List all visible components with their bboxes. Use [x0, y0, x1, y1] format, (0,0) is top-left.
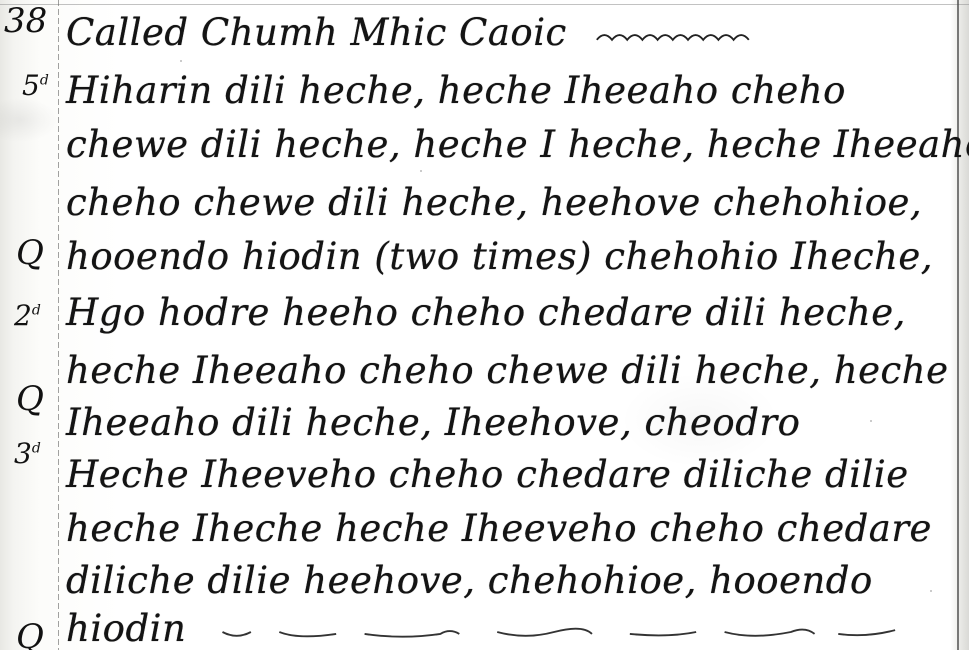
query-mark: Q [16, 382, 44, 416]
line-text: Hiharin dili heche, heche Iheeaho cheho [66, 69, 846, 112]
margin-note-variation-2: 2d [14, 302, 41, 330]
line-text: Heche Iheeveho cheho chedare diliche dil… [66, 453, 909, 496]
page-number-text: 38 [4, 1, 47, 41]
manuscript-line: Hgo hodre heeho cheho chedare dili heche… [66, 290, 955, 336]
manuscript-line: cheho chewe dili heche, heehove chehohio… [66, 180, 955, 226]
line-text: heche Iheeaho cheho chewe dili heche, he… [66, 349, 949, 392]
line-text: Hgo hodre heeho cheho chedare dili heche… [66, 291, 906, 334]
query-mark: Q [16, 620, 44, 650]
ordinal-suffix: d [32, 303, 41, 319]
line-text: Iheeaho dili heche, Iheehove, cheodro [66, 401, 800, 444]
ordinal-suffix: d [40, 73, 49, 89]
scan-speck [420, 170, 422, 172]
variation-number: 5 [22, 69, 40, 102]
manuscript-line: Hiharin dili heche, heche Iheeaho cheho [66, 68, 955, 114]
page-number: 38 [4, 4, 47, 38]
manuscript-line-final: hiodin [66, 606, 955, 650]
line-text: heche Iheche heche Iheeveho cheho chedar… [66, 507, 932, 550]
scan-speck [180, 60, 182, 62]
manuscript-line: hooendo hiodin (two times) chehohio Ihec… [66, 234, 955, 280]
manuscript-line: Heche Iheeveho cheho chedare diliche dil… [66, 452, 955, 498]
margin-note-variation-3: 3d [14, 440, 41, 468]
manuscript-line-title: Called Chumh Mhic Caoic [66, 10, 955, 56]
line-text: cheho chewe dili heche, heehove chehohio… [66, 181, 922, 224]
manuscript-line: Iheeaho dili heche, Iheehove, cheodro [66, 400, 955, 446]
query-mark: Q [16, 236, 44, 270]
line-text: chewe dili heche, heche I heche, heche I… [66, 123, 969, 166]
line-text: hooendo hiodin (two times) chehohio Ihec… [66, 235, 933, 278]
manuscript-line: heche Iheche heche Iheeveho cheho chedar… [66, 506, 955, 552]
ordinal-suffix: d [32, 441, 41, 457]
scan-speck [620, 540, 622, 542]
line-text: diliche dilie heehove, chehohioe, hooend… [66, 559, 873, 602]
manuscript-page: 38 5d 2d 3d Q Q Q Called Chumh Mhic Caoi… [0, 0, 969, 650]
variation-number: 2 [14, 299, 32, 332]
right-page-edge [957, 0, 959, 650]
scan-speck [890, 470, 892, 472]
margin-note-variation-1: 5d [22, 72, 49, 100]
left-margin-rule [58, 0, 59, 650]
manuscript-line: heche Iheeaho cheho chewe dili heche, he… [66, 348, 955, 394]
variation-number: 3 [14, 437, 32, 470]
line-text: Called Chumh Mhic Caoic [66, 11, 567, 54]
line-filler-squiggle-icon [593, 26, 783, 46]
top-ruled-line [0, 4, 969, 5]
manuscript-line: chewe dili heche, heche I heche, heche I… [66, 122, 955, 168]
scan-speck [870, 420, 872, 422]
manuscript-line: diliche dilie heehove, chehohioe, hooend… [66, 558, 955, 604]
scan-speck [930, 590, 932, 592]
line-text: hiodin [66, 607, 186, 650]
line-filler-squiggle-icon [213, 622, 933, 642]
